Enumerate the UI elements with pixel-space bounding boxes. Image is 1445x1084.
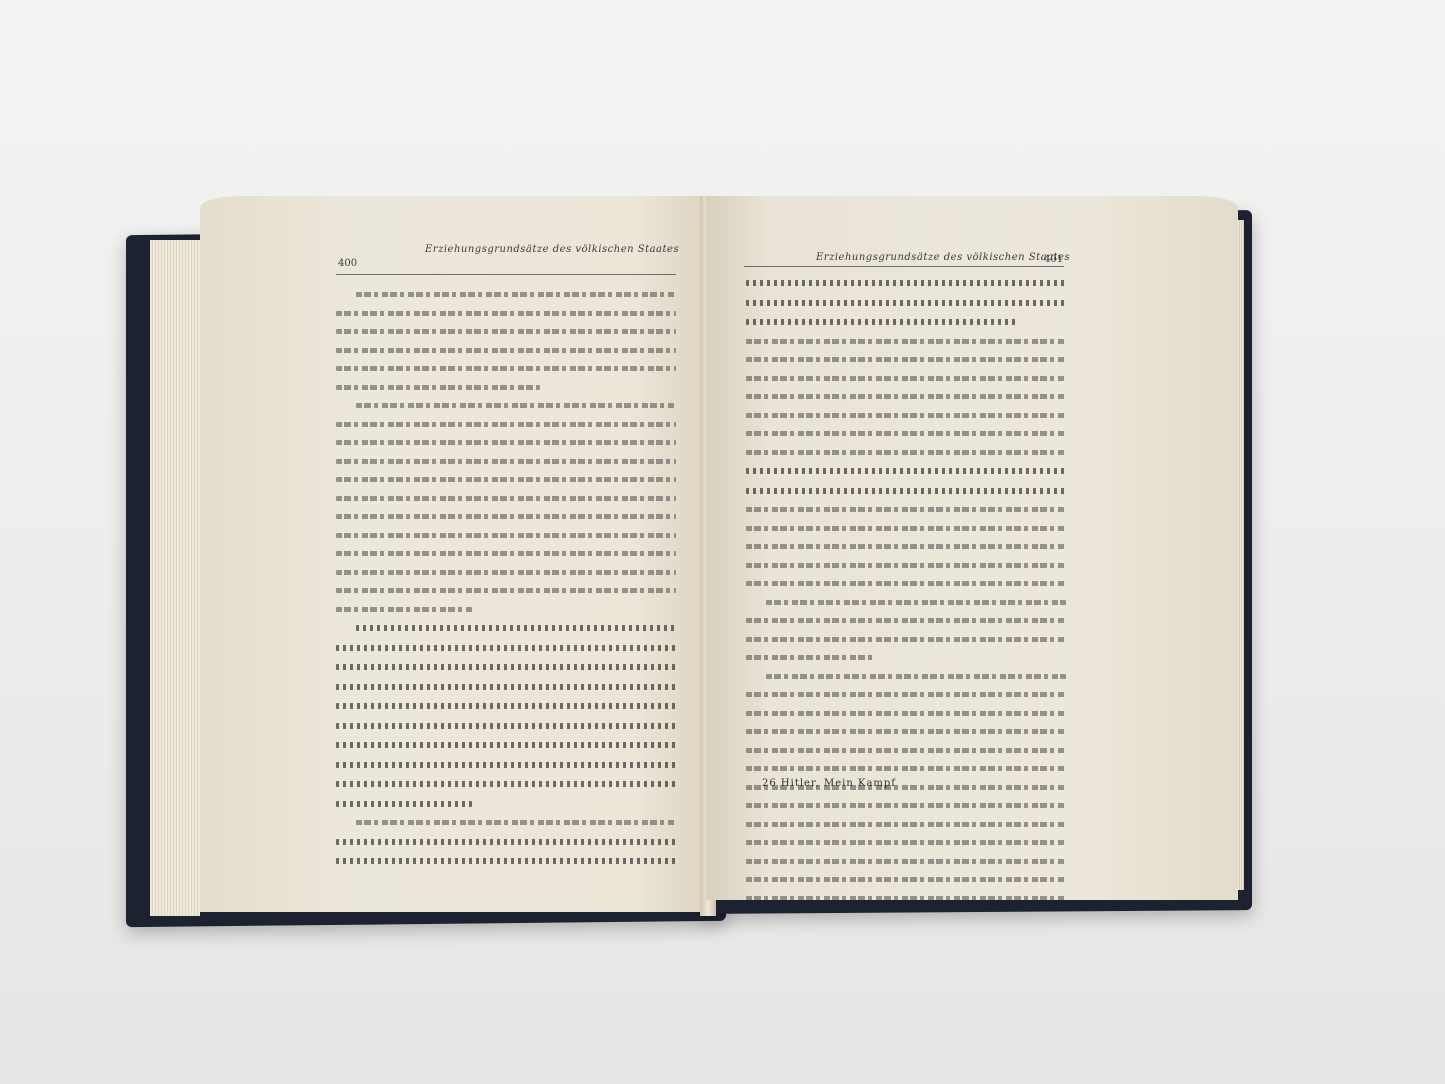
text-line-emphasis: [746, 468, 1066, 474]
text-line-emphasis: [336, 762, 676, 768]
text-line: [746, 544, 1066, 549]
right-page-body: [746, 280, 1066, 900]
text-line: [746, 618, 1066, 623]
text-line: [336, 551, 676, 556]
text-line-emphasis: [336, 723, 676, 729]
text-line: [336, 477, 676, 482]
text-line: [746, 507, 1066, 512]
text-line: [746, 748, 1066, 753]
text-line: [746, 394, 1066, 399]
text-line: [746, 896, 1066, 901]
text-line: [746, 711, 1066, 716]
text-line: [336, 459, 676, 464]
right-page: Erziehungsgrundsätze des völkischen Staa…: [706, 196, 1238, 900]
text-line: [746, 563, 1066, 568]
text-line-emphasis: [336, 858, 676, 864]
signature-footer: 26 Hitler, Mein Kampf: [762, 778, 896, 789]
text-line: [336, 570, 676, 575]
text-line: [746, 526, 1066, 531]
text-line: [336, 588, 676, 593]
text-line: [746, 840, 1066, 845]
text-line-emphasis: [336, 645, 676, 651]
text-line-emphasis: [746, 300, 1066, 306]
text-line-emphasis: [336, 684, 676, 690]
page-number-left: 400: [338, 258, 357, 269]
page-edges-left: [150, 240, 200, 916]
text-line: [746, 581, 1066, 586]
text-line: [746, 413, 1066, 418]
text-line-emphasis: [336, 781, 676, 787]
text-line-emphasis: [746, 280, 1066, 286]
text-line: [336, 422, 676, 427]
text-line-emphasis: [336, 703, 676, 709]
text-line: [336, 607, 472, 612]
text-line: [746, 822, 1066, 827]
text-line: [746, 376, 1066, 381]
text-line-emphasis: [336, 742, 676, 748]
text-line: [336, 348, 676, 353]
text-line: [336, 385, 540, 390]
text-line: [336, 533, 676, 538]
text-line: [336, 440, 676, 445]
book-photo: 400 Erziehungsgrundsätze des völkischen …: [0, 0, 1445, 1084]
text-line: [746, 859, 1066, 864]
text-line: [766, 600, 1066, 605]
text-line: [746, 655, 874, 660]
header-rule-left: [336, 274, 676, 275]
text-line: [746, 729, 1066, 734]
running-head-left: Erziehungsgrundsätze des völkischen Staa…: [425, 244, 679, 255]
text-line: [746, 450, 1066, 455]
text-line: [746, 877, 1066, 882]
running-head-right: Erziehungsgrundsätze des völkischen Staa…: [816, 252, 1070, 263]
text-line: [356, 403, 676, 408]
text-line: [746, 339, 1066, 344]
text-line: [746, 637, 1066, 642]
text-line-emphasis: [336, 801, 472, 807]
text-line: [746, 766, 1066, 771]
page-number-right: 401: [1044, 254, 1063, 265]
left-page: 400 Erziehungsgrundsätze des völkischen …: [200, 196, 708, 912]
text-line: [746, 803, 1066, 808]
text-line: [336, 329, 676, 334]
text-line: [766, 674, 1066, 679]
text-line: [746, 692, 1066, 697]
text-line: [356, 820, 676, 825]
text-line: [746, 431, 1066, 436]
text-line: [336, 496, 676, 501]
text-line: [356, 292, 676, 297]
text-line-emphasis: [336, 839, 676, 845]
text-line: [336, 514, 676, 519]
text-line-emphasis: [746, 319, 1018, 325]
text-line-emphasis: [746, 488, 1066, 494]
header-rule-right: [744, 266, 1064, 267]
left-page-body: [336, 292, 676, 878]
text-line-emphasis: [356, 625, 676, 631]
text-line-emphasis: [336, 664, 676, 670]
text-line: [336, 366, 676, 371]
text-line: [746, 357, 1066, 362]
text-line: [336, 311, 676, 316]
